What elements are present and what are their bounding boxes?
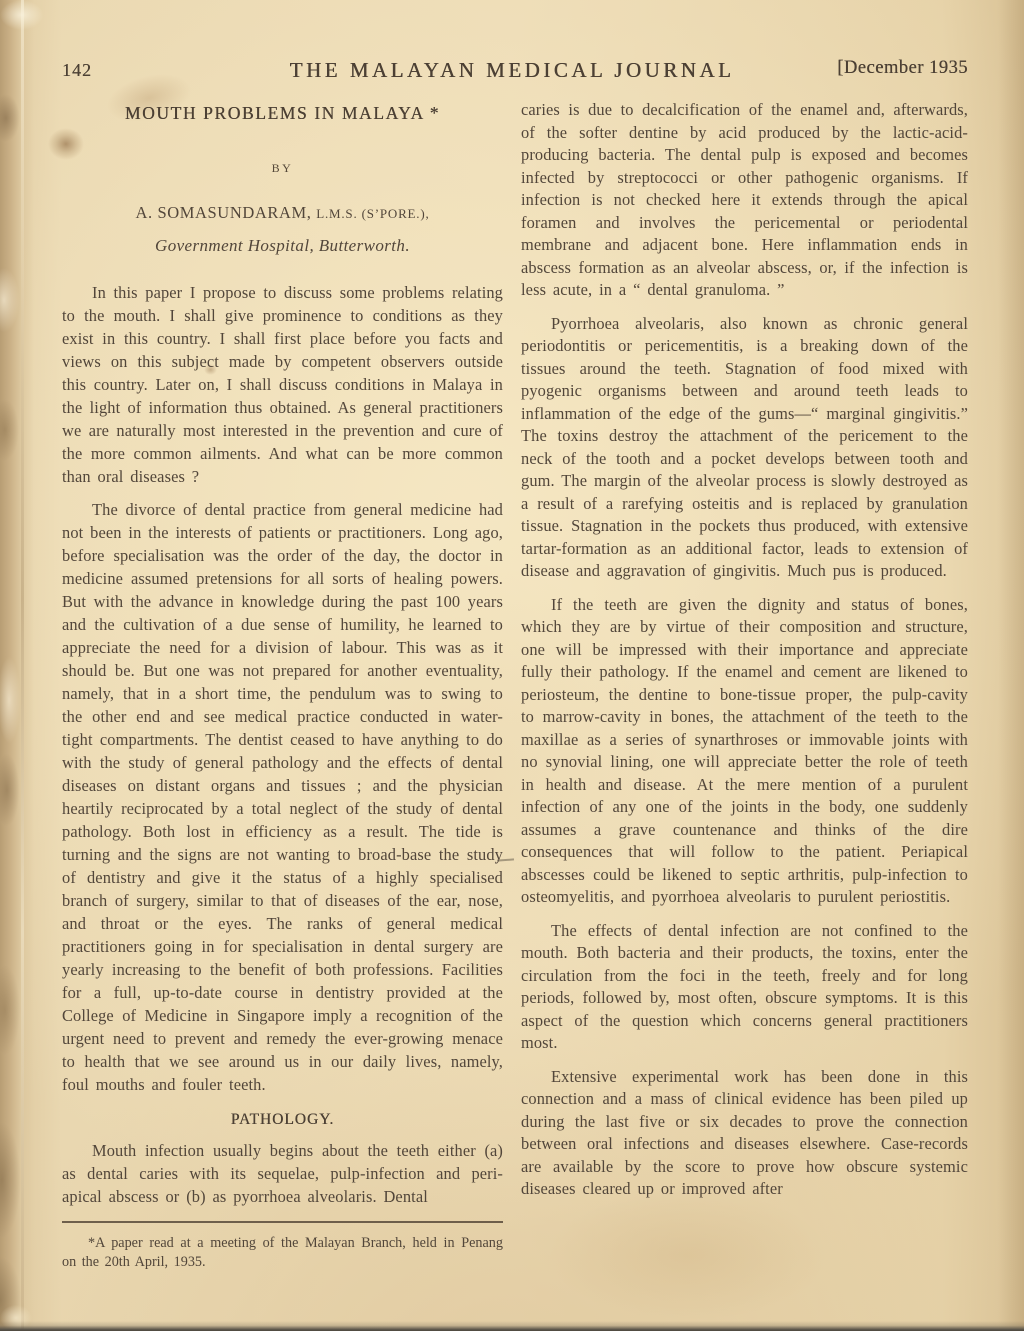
issue-date: [December 1935	[837, 58, 968, 79]
section-heading: PATHOLOGY.	[62, 1111, 503, 1129]
paper-stain-watermark	[548, 1190, 828, 1320]
journal-page: 142 THE MALAYAN MEDICAL JOURNAL [Decembe…	[0, 0, 1024, 1331]
paragraph: The divorce of dental practice from gene…	[62, 498, 503, 1096]
paragraph: Pyorrhoea alveolaris, also known as chro…	[521, 313, 968, 583]
author-affiliation: Government Hospital, Butterworth.	[62, 236, 503, 256]
paragraph: The effects of dental infection are not …	[521, 920, 968, 1055]
article-title: MOUTH PROBLEMS IN MALAYA *	[62, 103, 503, 124]
paragraph: If the teeth are given the dignity and s…	[521, 594, 968, 909]
torn-binding-edge	[0, 0, 34, 1331]
paragraph: In this paper I propose to discuss some …	[62, 281, 503, 488]
right-column: caries is due to decalcification of the …	[521, 99, 968, 1201]
author-credentials: L.M.S. (S’PORE.),	[316, 206, 429, 221]
footnote: *A paper read at a meeting of the Malaya…	[62, 1221, 503, 1272]
paragraph: Extensive experimental work has been don…	[521, 1066, 968, 1201]
paragraph: caries is due to decalcification of the …	[521, 99, 968, 302]
author-line: A. SOMASUNDARAM, L.M.S. (S’PORE.),	[62, 203, 503, 223]
byline-label: BY	[62, 161, 503, 176]
left-column: MOUTH PROBLEMS IN MALAYA * BY A. SOMASUN…	[62, 103, 503, 1272]
footnote-divider	[62, 1221, 503, 1223]
page-right-shadow	[998, 0, 1024, 1331]
author-name: A. SOMASUNDARAM,	[135, 203, 311, 222]
paragraph: Mouth infection usually begins about the…	[62, 1139, 503, 1208]
footnote-text: *A paper read at a meeting of the Malaya…	[62, 1234, 503, 1272]
scan-bottom-edge	[0, 1321, 1024, 1331]
